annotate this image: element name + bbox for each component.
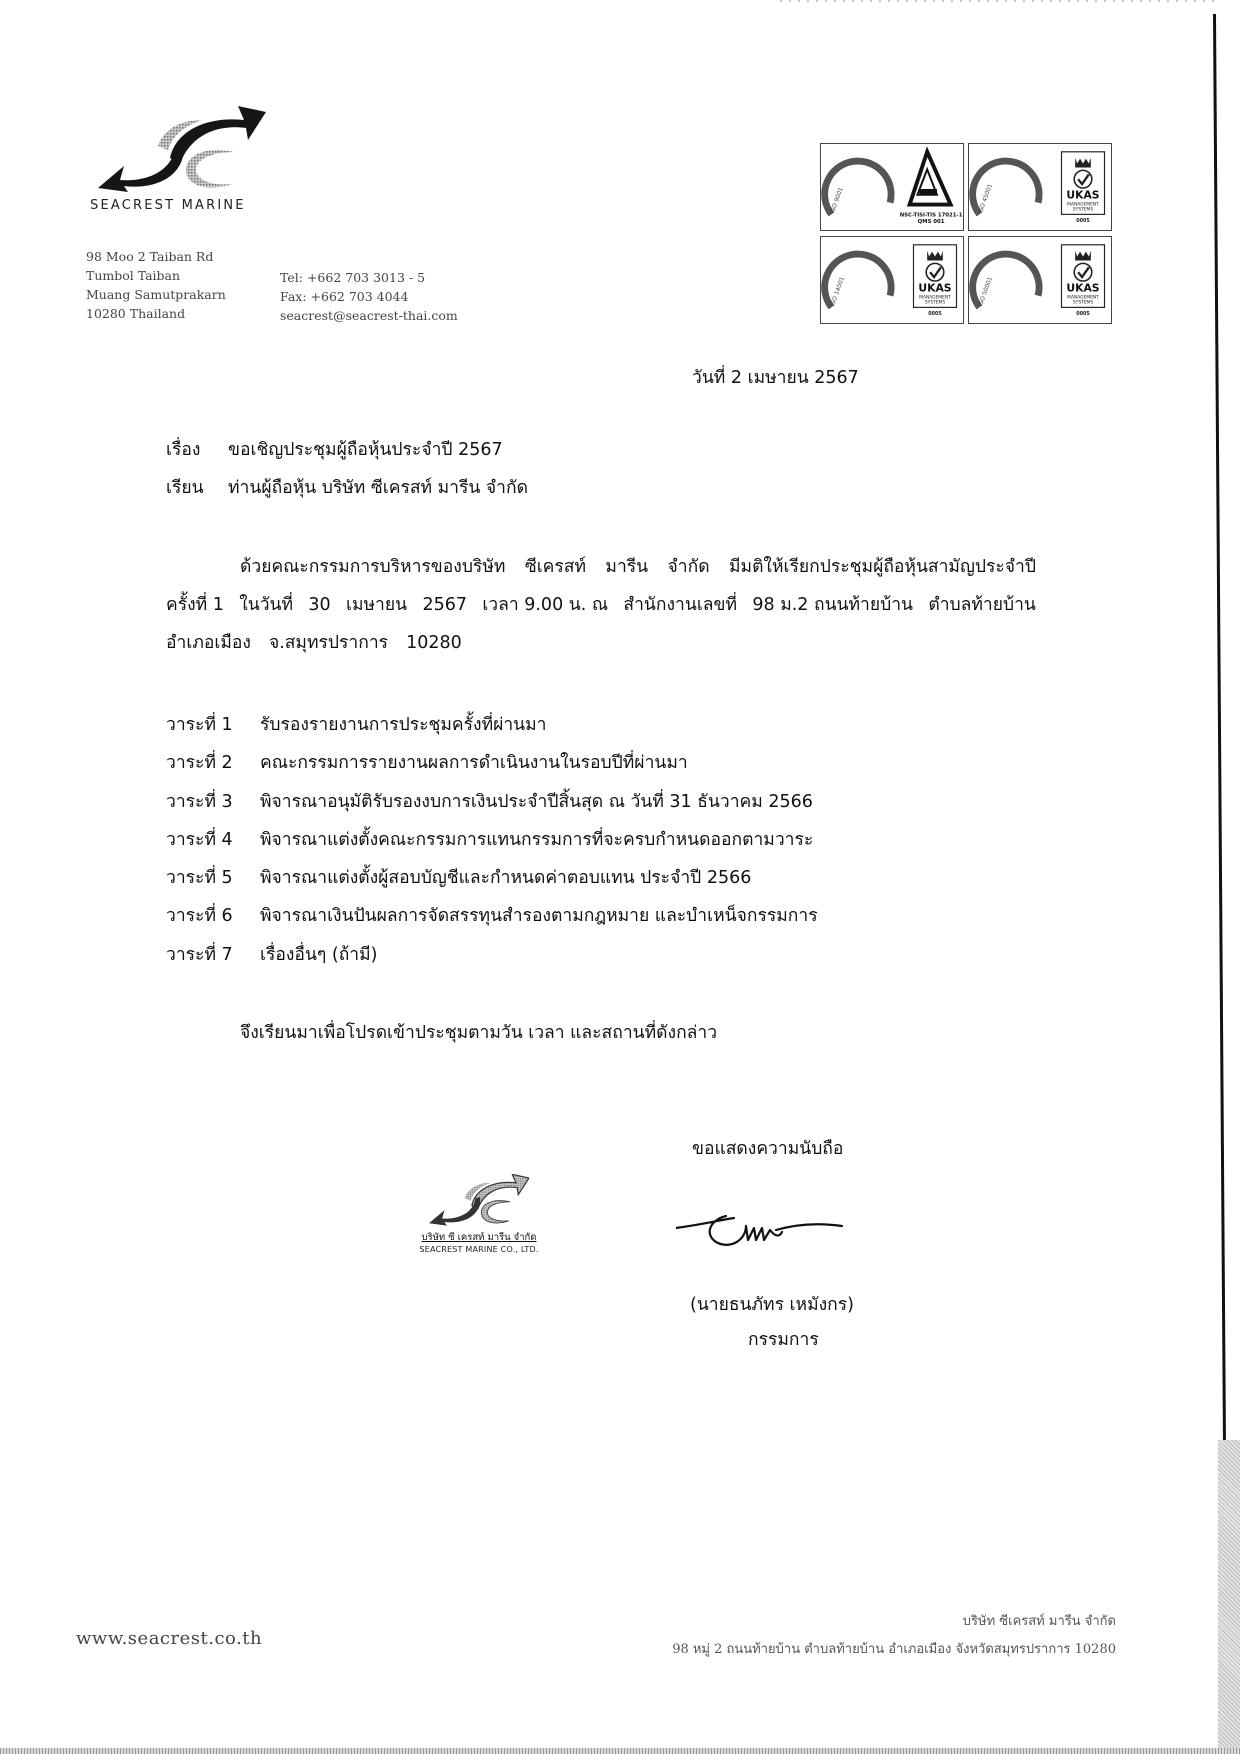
- sgs-nac-cert-icon: SGS ISO 9001NSC-TISI-TIS 17021-1QMS 001: [821, 144, 963, 230]
- certification-badge: SGS ISO 9001NSC-TISI-TIS 17021-1QMS 001: [820, 143, 964, 231]
- svg-text:SYSTEMS: SYSTEMS: [925, 299, 945, 305]
- svg-text:SYSTEMS: SYSTEMS: [1073, 299, 1093, 305]
- address-line: Muang Samutprakarn: [86, 285, 226, 304]
- sgs-ukas-cert-icon: SGS ISO 50001UKASMANAGEMENTSYSTEMS0005: [969, 237, 1111, 323]
- agenda-number: วาระที่ 1: [166, 706, 260, 744]
- company-stamp: บริษัท ซี เครสท์ มารีน จำกัด SEACREST MA…: [414, 1174, 544, 1254]
- agenda-item: วาระที่ 7เรื่องอื่นๆ (ถ้ามี): [166, 936, 818, 974]
- signer-name: (นายธนภัทร เหมังกร): [690, 1290, 854, 1318]
- svg-text:0005: 0005: [1076, 311, 1090, 317]
- sgs-ukas-cert-icon: SGS ISO 14001UKASMANAGEMENTSYSTEMS0005: [821, 237, 963, 323]
- svg-text:ISO 45001: ISO 45001: [978, 183, 994, 214]
- stamp-company-name-en: SEACREST MARINE CO., LTD.: [414, 1245, 544, 1254]
- agenda-text: พิจารณาแต่งตั้งผู้สอบบัญชีและกำหนดค่าตอบ…: [260, 868, 751, 888]
- footer-company-name: บริษัท ซีเครสท์ มารีน จำกัด: [672, 1608, 1116, 1636]
- website-link[interactable]: www.seacrest.co.th: [76, 1628, 262, 1649]
- signature-icon: [676, 1200, 846, 1260]
- agenda-text: คณะกรรมการรายงานผลการดำเนินงานในรอบปีที่…: [260, 753, 688, 773]
- certification-badge: SGS ISO 45001UKASMANAGEMENTSYSTEMS0005: [968, 143, 1112, 231]
- agenda-list: วาระที่ 1รับรองรายงานการประชุมครั้งที่ผ่…: [166, 706, 818, 974]
- agenda-number: วาระที่ 7: [166, 936, 260, 974]
- certification-badge: SGS ISO 50001UKASMANAGEMENTSYSTEMS0005: [968, 236, 1112, 324]
- recipient-line: เรียนท่านผู้ถือหุ้น บริษัท ซีเครสท์ มารี…: [166, 473, 528, 501]
- agenda-item: วาระที่ 2คณะกรรมการรายงานผลการดำเนินงานใ…: [166, 744, 818, 782]
- agenda-item: วาระที่ 6พิจารณาเงินปันผลการจัดสรรทุนสำร…: [166, 897, 818, 935]
- paragraph-word: อำเภอเมือง: [166, 624, 251, 662]
- tel-number: Tel: +662 703 3013 - 5: [280, 268, 458, 287]
- address-line: Tumbol Taiban: [86, 266, 226, 285]
- svg-text:NSC-TISI-TIS 17021-1: NSC-TISI-TIS 17021-1: [900, 212, 963, 218]
- svg-text:UKAS: UKAS: [918, 282, 951, 295]
- paragraph-word: จ.สมุทรปราการ: [269, 624, 388, 662]
- svg-text:ISO 50001: ISO 50001: [978, 276, 994, 307]
- svg-text:SYSTEMS: SYSTEMS: [1073, 206, 1093, 212]
- agenda-number: วาระที่ 4: [166, 821, 260, 859]
- email-address: seacrest@seacrest-thai.com: [280, 306, 458, 325]
- footer-address-line: 98 หมู่ 2 ถนนท้ายบ้าน ตำบลท้ายบ้าน อำเภอ…: [672, 1636, 1116, 1664]
- svg-text:QMS 001: QMS 001: [918, 219, 945, 225]
- paragraph-word: ด้วยคณะกรรมการบริหารของบริษัท: [240, 548, 505, 586]
- scan-shadow-right: [1218, 1440, 1240, 1754]
- agenda-number: วาระที่ 2: [166, 744, 260, 782]
- recipient-label: เรียน: [166, 473, 228, 501]
- address-line: 98 Moo 2 Taiban Rd: [86, 247, 226, 266]
- svg-text:UKAS: UKAS: [1066, 189, 1099, 202]
- agenda-item: วาระที่ 3พิจารณาอนุมัติรับรองงบการเงินปร…: [166, 783, 818, 821]
- paragraph-line: ด้วยคณะกรรมการบริหารของบริษัท ซีเครสท์ ม…: [166, 548, 1036, 586]
- paragraph-word: ซีเครสท์: [525, 548, 586, 586]
- address-line: 10280 Thailand: [86, 304, 226, 323]
- body-paragraph: ด้วยคณะกรรมการบริหารของบริษัท ซีเครสท์ ม…: [166, 548, 1036, 662]
- paragraph-line: ครั้งที่ 1 ในวันที่ 30 เมษายน 2567 เวลา …: [166, 586, 1036, 624]
- paragraph-word: สำนักงานเลขที่: [623, 586, 737, 624]
- paragraph-word: 2567: [422, 586, 467, 624]
- certification-badge: SGS ISO 14001UKASMANAGEMENTSYSTEMS0005: [820, 236, 964, 324]
- agenda-item: วาระที่ 4พิจารณาแต่งตั้งคณะกรรมการแทนกรร…: [166, 821, 818, 859]
- agenda-number: วาระที่ 3: [166, 783, 260, 821]
- subject-line: เรื่องขอเชิญประชุมผู้ถือหุ้นประจำปี 2567: [166, 435, 503, 463]
- paragraph-word: 10280: [406, 624, 462, 662]
- subject-label: เรื่อง: [166, 435, 228, 463]
- seacrest-logo-icon: [98, 106, 266, 192]
- paragraph-word: ในวันที่: [239, 586, 293, 624]
- paragraph-word: ครั้งที่ 1: [166, 586, 224, 624]
- sgs-ukas-cert-icon: SGS ISO 45001UKASMANAGEMENTSYSTEMS0005: [969, 144, 1111, 230]
- agenda-text: พิจารณาเงินปันผลการจัดสรรทุนสำรองตามกฎหม…: [260, 906, 818, 926]
- paragraph-word: 98 ม.2 ถนนท้ายบ้าน: [752, 586, 913, 624]
- closing-sentence: จึงเรียนมาเพื่อโปรดเข้าประชุมตามวัน เวลา…: [240, 1018, 717, 1046]
- paragraph-word: เวลา 9.00 น. ณ: [482, 586, 608, 624]
- paragraph-word: มีมติให้เรียกประชุมผู้ถือหุ้นสามัญประจำป…: [729, 548, 1036, 586]
- paragraph-word: มารีน: [605, 548, 648, 586]
- subject-text: ขอเชิญประชุมผู้ถือหุ้นประจำปี 2567: [228, 440, 503, 460]
- seacrest-logo-icon: [429, 1174, 529, 1226]
- svg-text:ISO 14001: ISO 14001: [830, 276, 846, 307]
- agenda-text: รับรองรายงานการประชุมครั้งที่ผ่านมา: [260, 715, 547, 735]
- company-contact: Tel: +662 703 3013 - 5 Fax: +662 703 404…: [280, 268, 458, 325]
- signer-position: กรรมการ: [748, 1325, 819, 1353]
- stamp-company-name-th: บริษัท ซี เครสท์ มารีน จำกัด: [414, 1230, 544, 1245]
- paragraph-line: อำเภอเมือง จ.สมุทรปราการ 10280: [166, 624, 1036, 662]
- fax-number: Fax: +662 703 4044: [280, 287, 458, 306]
- agenda-text: พิจารณาแต่งตั้งคณะกรรมการแทนกรรมการที่จะ…: [260, 830, 813, 850]
- regards-text: ขอแสดงความนับถือ: [692, 1134, 843, 1162]
- brand-name: SEACREST MARINE: [90, 198, 246, 213]
- scan-edge-top: [780, 0, 1220, 2]
- svg-text:UKAS: UKAS: [1066, 282, 1099, 295]
- footer-address: บริษัท ซีเครสท์ มารีน จำกัด 98 หมู่ 2 ถน…: [672, 1608, 1116, 1664]
- company-address: 98 Moo 2 Taiban Rd Tumbol Taiban Muang S…: [86, 247, 226, 323]
- scan-shadow-bottom: [0, 1748, 1240, 1754]
- agenda-item: วาระที่ 5พิจารณาแต่งตั้งผู้สอบบัญชีและกำ…: [166, 859, 818, 897]
- svg-text:0005: 0005: [928, 311, 942, 317]
- agenda-text: พิจารณาอนุมัติรับรองงบการเงินประจำปีสิ้น…: [260, 792, 813, 812]
- agenda-number: วาระที่ 6: [166, 897, 260, 935]
- agenda-number: วาระที่ 5: [166, 859, 260, 897]
- letter-date: วันที่ 2 เมษายน 2567: [692, 363, 859, 391]
- paragraph-word: 30: [308, 586, 330, 624]
- paragraph-word: เมษายน: [346, 586, 407, 624]
- svg-text:ISO 9001: ISO 9001: [830, 187, 845, 215]
- paragraph-word: จำกัด: [668, 548, 710, 586]
- agenda-text: เรื่องอื่นๆ (ถ้ามี): [260, 945, 377, 965]
- svg-text:0005: 0005: [1076, 218, 1090, 224]
- recipient-text: ท่านผู้ถือหุ้น บริษัท ซีเครสท์ มารีน จำก…: [228, 478, 528, 498]
- paragraph-word: ตำบลท้ายบ้าน: [928, 586, 1036, 624]
- agenda-item: วาระที่ 1รับรองรายงานการประชุมครั้งที่ผ่…: [166, 706, 818, 744]
